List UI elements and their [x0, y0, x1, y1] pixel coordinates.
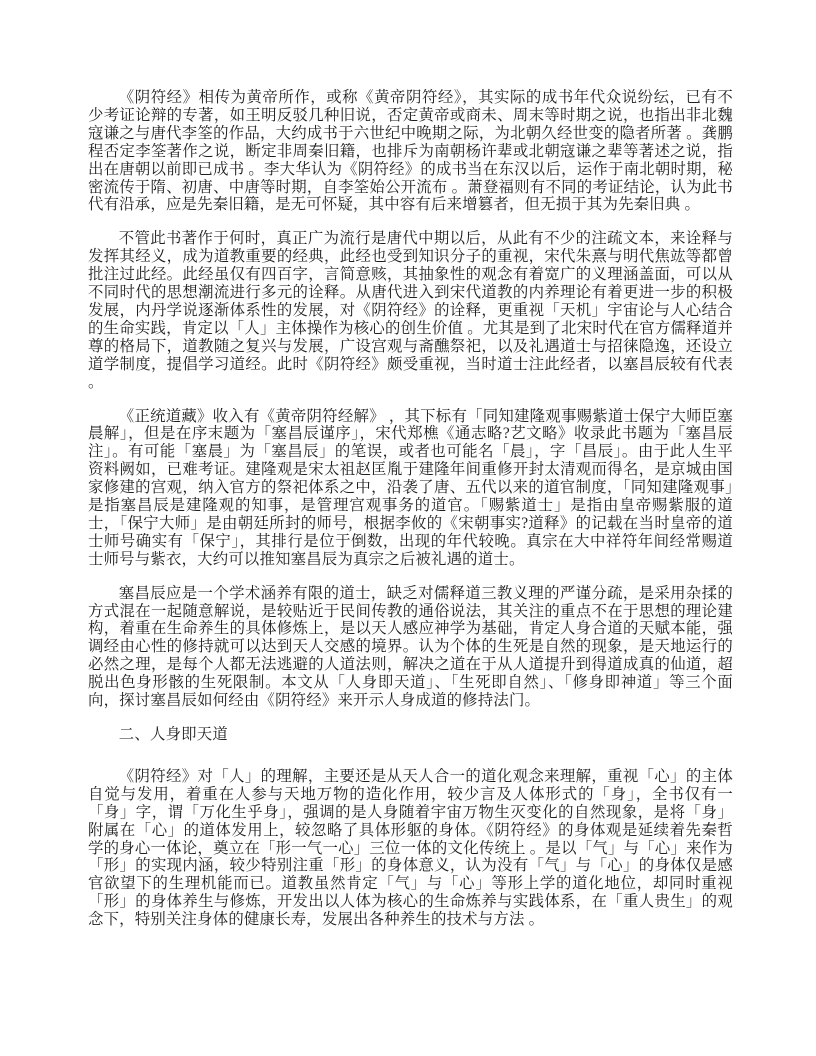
article-body: 《阴符经》相传为黄帝所作，或称《黄帝阴符经》，其实际的成书年代众说纷纭，已有不少… — [88, 89, 733, 945]
paragraph-daozang-sai-changchen: 《正统道藏》收入有《黄帝阴符经解》 ，其下标有「同知建隆观事赐紫道士保宁大师臣塞… — [88, 408, 733, 569]
paragraph-circulation-commentaries: 不管此书著作于何时，真正广为流行是唐代中期以后，从此有不少的注疏文本，来诠释与发… — [88, 230, 733, 391]
paragraph-body-as-heavenly-dao: 《阴符经》对「人」的理解，主要还是从天人合一的道化观念来理解，重视「心」的主体自… — [88, 768, 733, 929]
document-page: 《阴符经》相传为黄帝所作，或称《黄帝阴符经》，其实际的成书年代众说纷纭，已有不少… — [0, 0, 816, 1056]
paragraph-sai-changchen-approach: 塞昌辰应是一个学术涵养有限的道士，缺乏对儒释道三教义理的严谨分疏，是采用杂揉的方… — [88, 585, 733, 710]
section-heading: 二、人身即天道 — [88, 726, 733, 744]
paragraph-intro-dating: 《阴符经》相传为黄帝所作，或称《黄帝阴符经》，其实际的成书年代众说纷纭，已有不少… — [88, 89, 733, 214]
